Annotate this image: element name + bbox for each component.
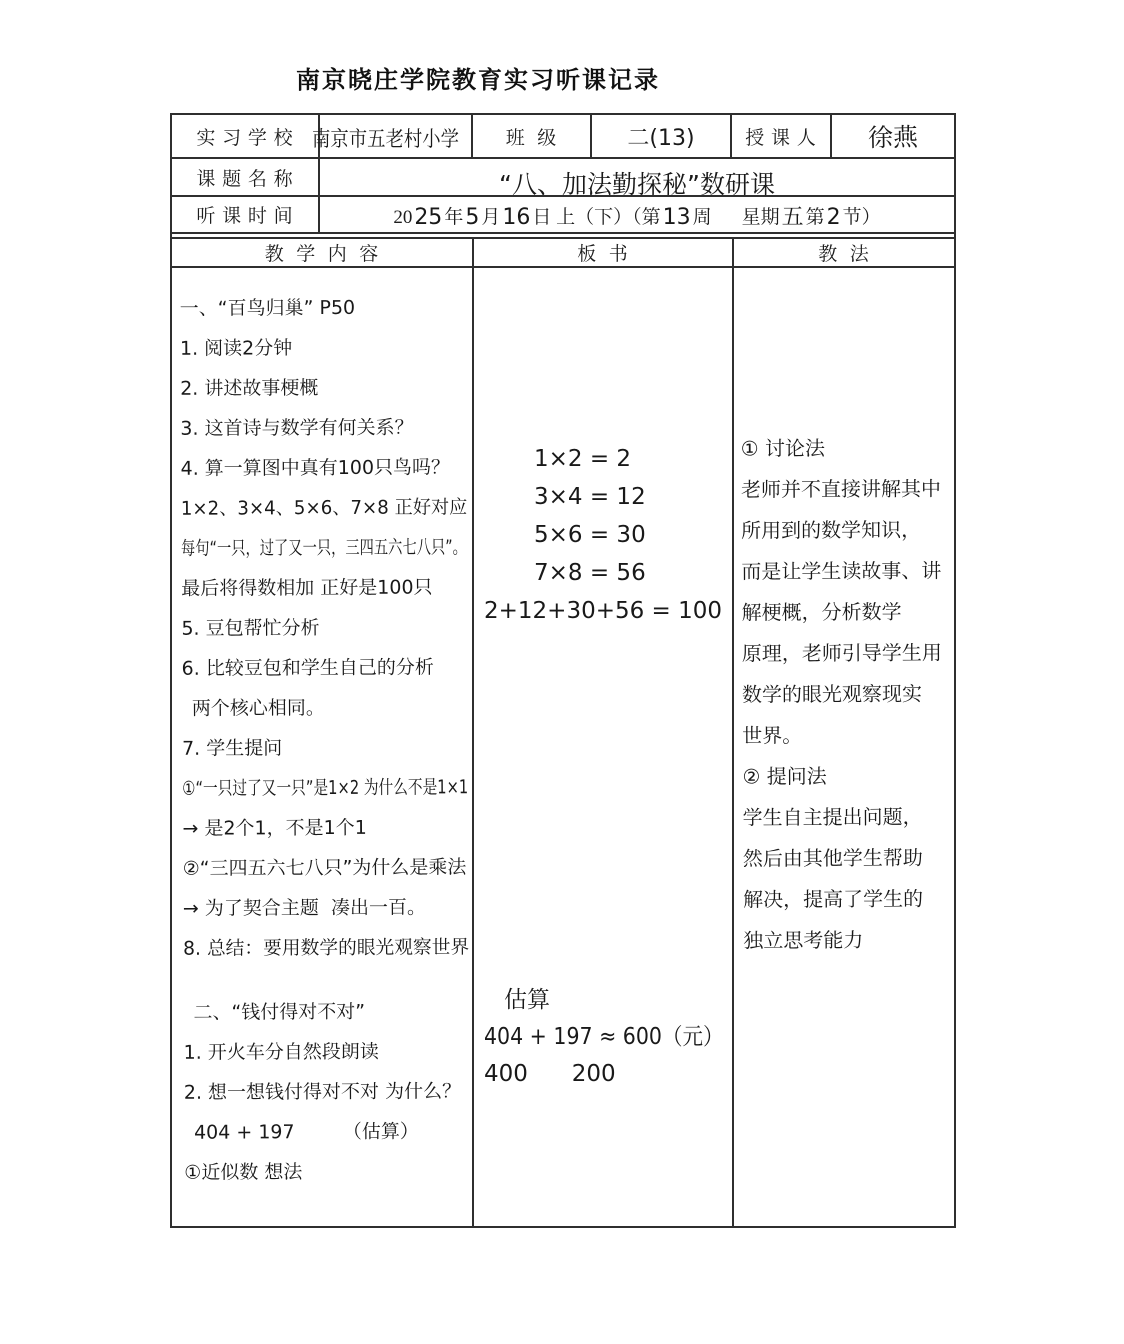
time-year-unit: 年 [444, 202, 463, 229]
board-writing-header: 板 书 [577, 239, 629, 266]
row-school-class-teacher: 实 习 学 校 南京市五老村小学 班 级 二(13) 授 课 人 徐燕 [172, 115, 954, 159]
teaching-line: 7. 学生提问 [182, 727, 472, 769]
school-label: 实 习 学 校 [196, 123, 293, 150]
time-week-unit: 周 [693, 202, 712, 229]
method-notes: ① 讨论法 老师并不直接讲解其中 所用到的数学知识， 而是让学生读故事、讲 解梗… [741, 427, 954, 961]
time-day-handwritten: 16 [500, 205, 532, 230]
row-column-headers: 教 学 内 容 板 书 教 法 [172, 237, 954, 268]
teaching-line: 1. 阅读2分钟 [180, 327, 470, 369]
time-weekday-prefix: 星期 [742, 202, 780, 229]
board-line: 404 + 197 ≈ 600（元） [484, 1019, 728, 1056]
time-weekday-handwritten: 五 [780, 200, 806, 231]
time-label: 听 课 时 间 [196, 201, 293, 228]
method-line: 数学的眼光观察现实 [742, 673, 952, 715]
teaching-method-header: 教 法 [818, 239, 870, 266]
method-line: 世界。 [742, 714, 952, 756]
teaching-line: 2. 讲述故事梗概 [180, 367, 470, 409]
teaching-line: → 是2个1，不是1个1 [182, 807, 472, 849]
teaching-line: 两个核心相同。 [182, 687, 472, 729]
board-line: 5×6 = 30 [484, 516, 728, 554]
page-title: 南京晓庄学院教育实习听课记录 [0, 60, 956, 95]
method-line: ② 提问法 [742, 755, 952, 797]
board-line: 3×4 = 12 [484, 478, 728, 516]
time-lesson-handwritten: 2 [825, 205, 843, 230]
teaching-line: 6. 比较豆包和学生自己的分析 [182, 647, 472, 689]
board-line: 1×2 = 2 [484, 440, 728, 478]
class-value: 二(13) [627, 121, 694, 152]
teaching-line: 8. 总结：要用数学的眼光观察世界 [183, 927, 473, 969]
teaching-line: 一、“百鸟归巢” P50 [180, 287, 470, 329]
method-line: 独立思考能力 [743, 919, 953, 961]
teaching-line: 二、“钱付得对不对” [183, 991, 473, 1033]
row-topic: 课 题 名 称 “八、加法勤探秘”数研课 [172, 159, 954, 197]
teaching-line: 每句“一只，过了又一只，三四五六七八只”。 [181, 527, 471, 569]
teaching-content-column: 一、“百鸟归巢” P50 1. 阅读2分钟 2. 讲述故事梗概 3. 这首诗与数… [172, 268, 474, 1226]
board-line: 估算 [484, 982, 728, 1019]
time-week-handwritten: 13 [661, 205, 693, 230]
teaching-line: 5. 豆包帮忙分析 [181, 607, 471, 649]
row-main-content: 一、“百鸟归巢” P50 1. 阅读2分钟 2. 讲述故事梗概 3. 这首诗与数… [172, 268, 954, 1226]
teaching-line: 3. 这首诗与数学有何关系？ [180, 407, 470, 449]
board-estimation-block: 估算 404 + 197 ≈ 600（元） 400 200 [484, 982, 728, 1093]
teaching-method-column: ① 讨论法 老师并不直接讲解其中 所用到的数学知识， 而是让学生读故事、讲 解梗… [734, 268, 954, 1226]
teaching-line: ①“一只过了又一只”是1×2 为什么不是1×1 [182, 767, 472, 809]
topic-label: 课 题 名 称 [196, 164, 293, 191]
teacher-label: 授 课 人 [745, 123, 817, 150]
teaching-line: 404 + 197 （估算） [184, 1111, 474, 1153]
board-line: 400 200 [484, 1056, 728, 1093]
board-line: 7×8 = 56 [484, 554, 728, 592]
method-line: 解决，提高了学生的 [743, 878, 953, 920]
method-line: 而是让学生读故事、讲 [741, 550, 951, 592]
class-label: 班 级 [506, 123, 558, 150]
teaching-line: ②“三四五六七八只”为什么是乘法 [183, 847, 473, 889]
teacher-value: 徐燕 [868, 118, 919, 155]
time-month-handwritten: 5 [463, 205, 481, 230]
teaching-line: 4. 算一算图中真有100只鸟吗？ [180, 447, 470, 489]
time-century: 20 [393, 207, 412, 229]
row-time: 听 课 时 间 2025年5月16日 上（下）（第13周星期五第2节） [172, 197, 954, 234]
time-year-handwritten: 25 [412, 205, 444, 230]
time-month-unit: 月 [481, 202, 500, 229]
teaching-line: → 为了契合主题 凑出一百。 [183, 887, 473, 929]
method-line: 老师并不直接讲解其中 [741, 468, 951, 510]
teaching-notes: 一、“百鸟归巢” P50 1. 阅读2分钟 2. 讲述故事梗概 3. 这首诗与数… [180, 287, 475, 1193]
time-lesson-suffix: 节） [843, 202, 881, 229]
topic-value: “八、加法勤探秘”数研课 [499, 165, 775, 201]
observation-record-table: 实 习 学 校 南京市五老村小学 班 级 二(13) 授 课 人 徐燕 课 题 … [170, 113, 956, 1228]
teaching-line: 1×2、3×4、5×6、7×8 正好对应 [181, 487, 471, 529]
teaching-line: 1. 开火车分自然段朗读 [184, 1031, 474, 1073]
teaching-content-header: 教 学 内 容 [265, 239, 380, 266]
teaching-line: 最后将得数相加 正好是100只 [181, 567, 471, 609]
method-line: 然后由其他学生帮助 [743, 837, 953, 879]
method-line: 学生自主提出问题， [743, 796, 953, 838]
teaching-line: ①近似数 想法 [184, 1151, 474, 1193]
board-line: 2+12+30+56 = 100 [484, 592, 728, 630]
time-value: 2025年5月16日 上（下）（第13周星期五第2节） [320, 199, 954, 230]
board-multiplication-block: 1×2 = 2 3×4 = 12 5×6 = 30 7×8 = 56 2+12+… [484, 440, 728, 630]
board-writing-column: 1×2 = 2 3×4 = 12 5×6 = 30 7×8 = 56 2+12+… [474, 268, 734, 1226]
method-line: ① 讨论法 [741, 427, 951, 469]
school-value: 南京市五老村小学 [312, 123, 459, 153]
method-line: 解梗概，分析数学 [741, 591, 951, 633]
teaching-line: 2. 想一想钱付得对不对 为什么？ [184, 1071, 474, 1113]
method-line: 原理，老师引导学生用 [742, 632, 952, 674]
method-line: 所用到的数学知识， [741, 509, 951, 551]
time-day-suffix: 日 上（下）（第 [532, 202, 660, 229]
time-lesson-prefix: 第 [806, 202, 825, 229]
